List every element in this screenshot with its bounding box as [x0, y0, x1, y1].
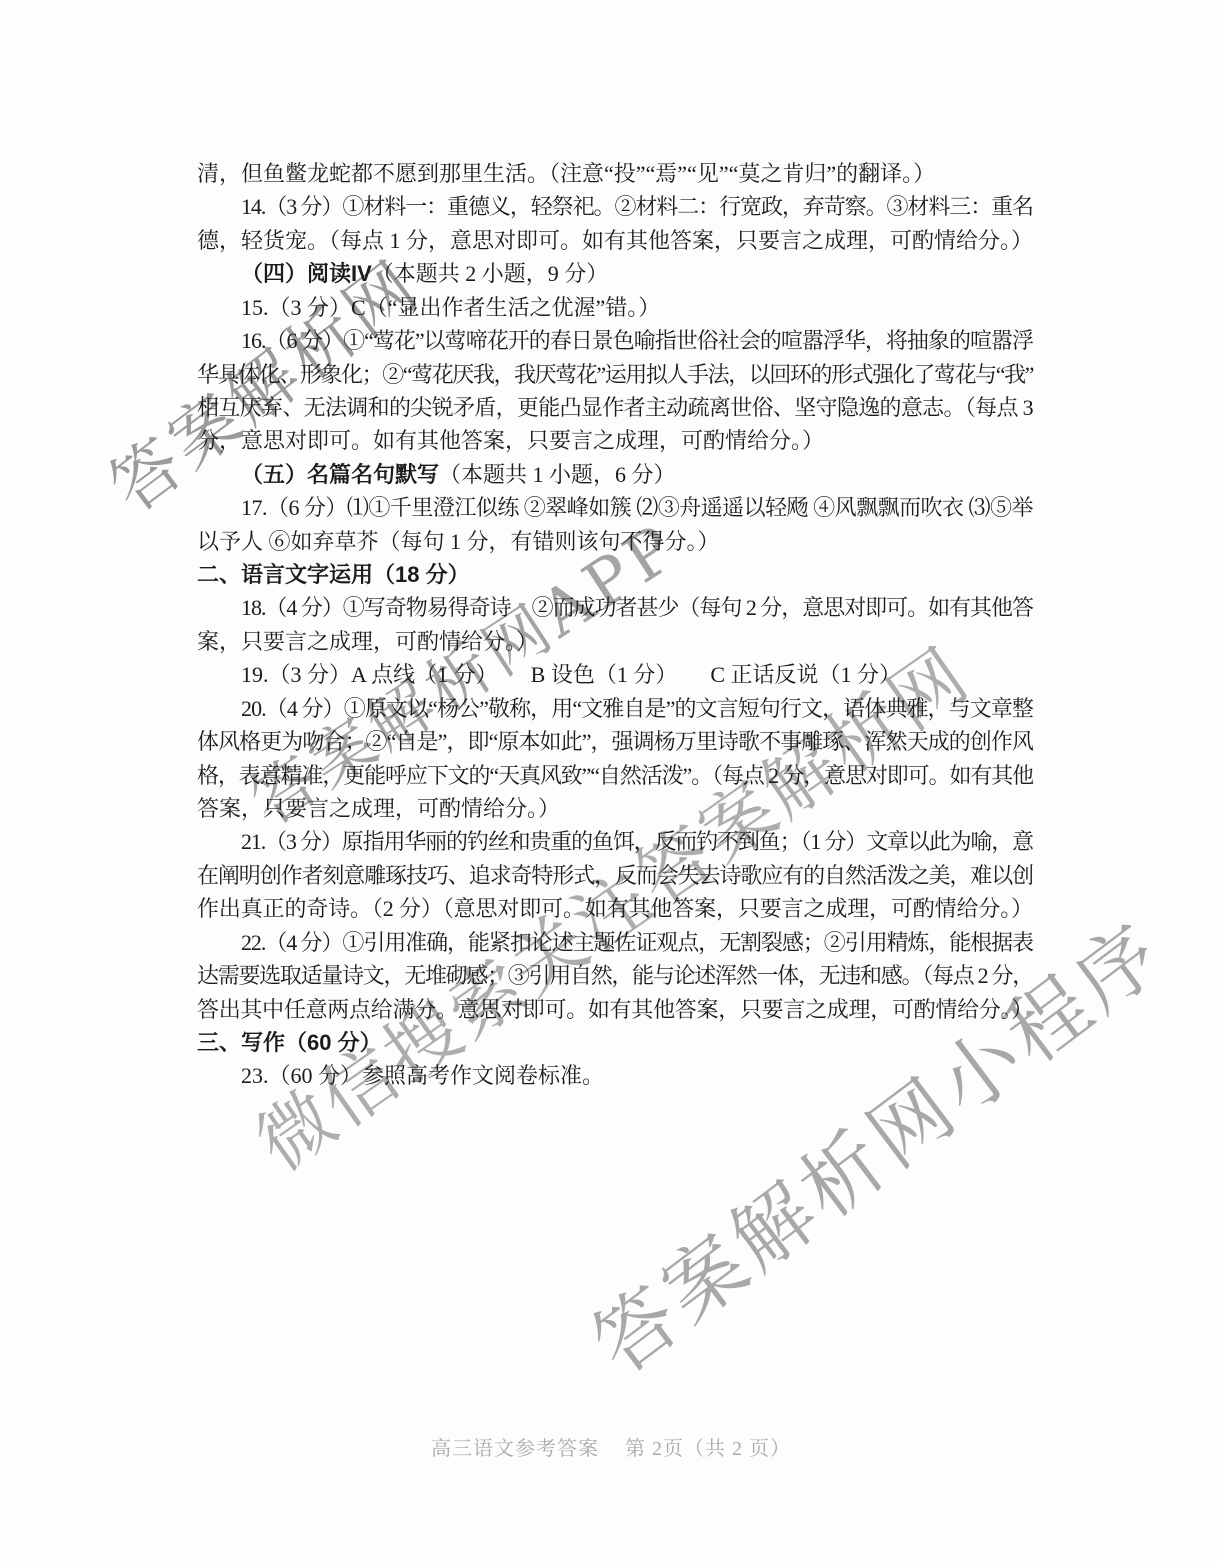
line-text: 18.（4 分）①写奇物易得奇诗 ②而成功者甚少（每句 2 分，意思对即可。如有… [241, 595, 1033, 620]
answer-17-cont: 以予人 ⑥如弃草芥（每句 1 分，有错则该句不得分。） [197, 525, 1033, 558]
line-text: 15.（3 分）C（“显出作者生活之优渥”错。） [241, 295, 660, 320]
line-text: 作出真正的奇诗。（2 分）（意思对即可。如有其他答案，只要言之成理，可酌情给分。… [197, 896, 1033, 921]
line-text: 二、语言文字运用（18 分） [197, 562, 470, 587]
line-text: 16.（6 分）①“莺花”以莺啼花开的春日景色喻指世俗社会的喧嚣浮华，将抽象的喧… [241, 328, 1033, 353]
exam-answer-sheet-page: 答案解析网答案解析网APP微信搜索关注答案解析网答案解析网小程序 清，但鱼鳖龙蛇… [0, 0, 1222, 1561]
section-2-heading: 二、语言文字运用（18 分） [197, 558, 1033, 591]
line-text: 答出其中任意两点给满分。意思对即可。如有其他答案，只要言之成理，可酌情给分。） [197, 997, 1033, 1022]
line-text: 17.（6 分）⑴①千里澄江似练 ②翠峰如簇 ⑵③舟遥遥以轻飏 ④风飘飘而吹衣 … [241, 495, 1033, 520]
answer-20-cont-2: 格，表意精准，更能呼应下文的“天真风致”“自然活泼”。（每点 2 分，意思对即可… [197, 759, 1033, 792]
answer-20: 20.（4 分）①原文以“杨公”敬称，用“文雅自是”的文言短句行文，语体典雅，与… [197, 692, 1033, 725]
continuation-line-13: 清，但鱼鳖龙蛇都不愿到那里生活。（注意“投”“焉”“见”“莫之肯归”的翻译。） [197, 157, 1033, 190]
answer-14: 14.（3 分）①材料一：重德义，轻祭祀。②材料二：行宽政，弃苛察。③材料三：重… [197, 190, 1033, 223]
answer-18: 18.（4 分）①写奇物易得奇诗 ②而成功者甚少（每句 2 分，意思对即可。如有… [197, 591, 1033, 624]
answer-sheet-content: 清，但鱼鳖龙蛇都不愿到那里生活。（注意“投”“焉”“见”“莫之肯归”的翻译。）1… [197, 157, 1033, 1093]
answer-14-cont: 德，轻货宠。（每点 1 分，意思对即可。如有其他答案，只要言之成理，可酌情给分。… [197, 224, 1033, 257]
page-footer: 高三语文参考答案第 2页（共 2 页） [0, 1432, 1222, 1461]
line-text: 在阐明创作者刻意雕琢技巧、追求奇特形式，反而会失去诗歌应有的自然活泼之美，难以创 [197, 863, 1033, 888]
line-text: 相互厌弃、无法调和的尖锐矛盾，更能凸显作者主动疏离世俗、坚守隐逸的意志。（每点 … [197, 395, 1033, 420]
footer-document-title: 高三语文参考答案 [431, 1438, 599, 1460]
line-text: （四）阅读IV（本题共 2 小题，9 分） [241, 261, 608, 286]
answer-21-cont-2: 作出真正的奇诗。（2 分）（意思对即可。如有其他答案，只要言之成理，可酌情给分。… [197, 892, 1033, 925]
line-text: 以予人 ⑥如弃草芥（每句 1 分，有错则该句不得分。） [197, 529, 720, 554]
section-5-header: （五）名篇名句默写（本题共 1 小题，6 分） [197, 458, 1033, 491]
answer-16-cont-2: 相互厌弃、无法调和的尖锐矛盾，更能凸显作者主动疏离世俗、坚守隐逸的意志。（每点 … [197, 391, 1033, 424]
line-text: 案，只要言之成理，可酌情给分。） [197, 629, 538, 654]
line-text: 德，轻货宠。（每点 1 分，意思对即可。如有其他答案，只要言之成理，可酌情给分。… [197, 228, 1033, 253]
answer-22: 22.（4 分）①引用准确，能紧扣论述主题佐证观点，无割裂感；②引用精炼，能根据… [197, 926, 1033, 959]
answer-19: 19.（3 分）A 点线（1 分） B 设色（1 分） C 正话反说（1 分） [197, 658, 1033, 691]
answer-15: 15.（3 分）C（“显出作者生活之优渥”错。） [197, 291, 1033, 324]
footer-page-number: 第 2页（共 2 页） [625, 1438, 791, 1460]
answer-16-cont-3: 分，意思对即可。如有其他答案，只要言之成理，可酌情给分。） [197, 424, 1033, 457]
line-text: 21.（3 分）原指用华丽的钓丝和贵重的鱼饵，反而钓不到鱼；（1 分）文章以此为… [241, 829, 1033, 854]
answer-23: 23.（60 分）参照高考作文阅卷标准。 [197, 1059, 1033, 1092]
line-text: 14.（3 分）①材料一：重德义，轻祭祀。②材料二：行宽政，弃苛察。③材料三：重… [241, 194, 1033, 219]
line-text: 三、写作（60 分） [197, 1030, 382, 1055]
line-text: 19.（3 分）A 点线（1 分） B 设色（1 分） C 正话反说（1 分） [241, 662, 901, 687]
line-text: 体风格更为吻合；②“自是”，即“原本如此”，强调杨万里诗歌不事雕琢、浑然天成的创… [197, 729, 1033, 754]
line-text: 格，表意精准，更能呼应下文的“天真风致”“自然活泼”。（每点 2 分，意思对即可… [197, 763, 1033, 788]
line-text: 华具体化、形象化；②“莺花厌我，我厌莺花”运用拟人手法，以回环的形式强化了莺花与… [197, 362, 1033, 387]
answer-20-cont-1: 体风格更为吻合；②“自是”，即“原本如此”，强调杨万里诗歌不事雕琢、浑然天成的创… [197, 725, 1033, 758]
answer-21-cont-1: 在阐明创作者刻意雕琢技巧、追求奇特形式，反而会失去诗歌应有的自然活泼之美，难以创 [197, 859, 1033, 892]
answer-22-cont-1: 达需要选取适量诗文，无堆砌感；③引用自然，能与论述浑然一体，无违和感。（每点 2… [197, 959, 1033, 992]
line-text: 清，但鱼鳖龙蛇都不愿到那里生活。（注意“投”“焉”“见”“莫之肯归”的翻译。） [197, 161, 935, 186]
answer-22-cont-2: 答出其中任意两点给满分。意思对即可。如有其他答案，只要言之成理，可酌情给分。） [197, 993, 1033, 1026]
line-text: 20.（4 分）①原文以“杨公”敬称，用“文雅自是”的文言短句行文，语体典雅，与… [241, 696, 1033, 721]
answer-16-cont-1: 华具体化、形象化；②“莺花厌我，我厌莺花”运用拟人手法，以回环的形式强化了莺花与… [197, 358, 1033, 391]
answer-21: 21.（3 分）原指用华丽的钓丝和贵重的鱼饵，反而钓不到鱼；（1 分）文章以此为… [197, 825, 1033, 858]
answer-16: 16.（6 分）①“莺花”以莺啼花开的春日景色喻指世俗社会的喧嚣浮华，将抽象的喧… [197, 324, 1033, 357]
line-text: 22.（4 分）①引用准确，能紧扣论述主题佐证观点，无割裂感；②引用精炼，能根据… [241, 930, 1033, 955]
answer-18-cont: 案，只要言之成理，可酌情给分。） [197, 625, 1033, 658]
line-text: 分，意思对即可。如有其他答案，只要言之成理，可酌情给分。） [197, 428, 824, 453]
line-text: 答案，只要言之成理，可酌情给分。） [197, 796, 560, 821]
answer-17: 17.（6 分）⑴①千里澄江似练 ②翠峰如簇 ⑵③舟遥遥以轻飏 ④风飘飘而吹衣 … [197, 491, 1033, 524]
section-3-heading: 三、写作（60 分） [197, 1026, 1033, 1059]
section-4-header: （四）阅读IV（本题共 2 小题，9 分） [197, 257, 1033, 290]
line-text: 达需要选取适量诗文，无堆砌感；③引用自然，能与论述浑然一体，无违和感。（每点 2… [197, 963, 1033, 988]
line-text: 23.（60 分）参照高考作文阅卷标准。 [241, 1063, 604, 1088]
line-text: （五）名篇名句默写（本题共 1 小题，6 分） [241, 462, 676, 487]
answer-20-cont-3: 答案，只要言之成理，可酌情给分。） [197, 792, 1033, 825]
